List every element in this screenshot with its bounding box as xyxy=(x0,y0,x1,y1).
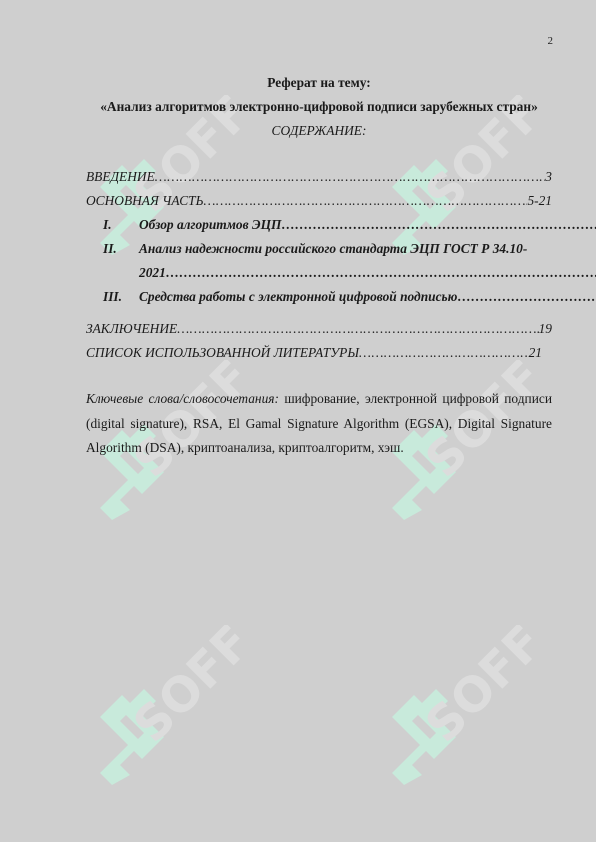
toc-label: ВВЕДЕНИЕ xyxy=(86,165,155,189)
toc-section-2[interactable]: II. Анализ надежности российского станда… xyxy=(86,237,552,285)
toc-page: 21 xyxy=(529,341,542,365)
toc-leader xyxy=(203,189,527,213)
toc-label-continued: 2021 xyxy=(139,261,166,285)
toc-section-number: II. xyxy=(86,237,139,285)
soff-watermark: SOFF xyxy=(70,625,270,825)
toc-item-references[interactable]: СПИСОК ИСПОЛЬЗОВАННОЙ ЛИТЕРАТУРЫ 21 xyxy=(86,341,552,365)
keywords-paragraph: Ключевые слова/словосочетания: шифровани… xyxy=(86,387,552,461)
toc-heading: СОДЕРЖАНИЕ: xyxy=(86,119,552,143)
toc-leader xyxy=(166,261,596,285)
toc-label: ЗАКЛЮЧЕНИЕ xyxy=(86,317,177,341)
toc-leader xyxy=(155,165,546,189)
toc-label: Анализ надежности российского стандарта … xyxy=(139,237,527,261)
toc-section-3[interactable]: III. Средства работы с электронной цифро… xyxy=(86,285,552,309)
toc-leader xyxy=(281,213,596,237)
toc-label: ОСНОВНАЯ ЧАСТЬ xyxy=(86,189,203,213)
document-subtitle: «Анализ алгоритмов электронно-цифровой п… xyxy=(80,95,558,119)
toc-item-intro[interactable]: ВВЕДЕНИЕ 3 xyxy=(86,165,552,189)
toc-section-number: I. xyxy=(86,213,139,237)
table-of-contents: ВВЕДЕНИЕ 3 ОСНОВНАЯ ЧАСТЬ 5-21 I. Обзор … xyxy=(86,165,552,365)
toc-section-1[interactable]: I. Обзор алгоритмов ЭЦП 5 xyxy=(86,213,552,237)
toc-page: 3 xyxy=(545,165,552,189)
document-title: Реферат на тему: xyxy=(86,71,552,95)
svg-text:SOFF: SOFF xyxy=(415,625,554,753)
document-content: Реферат на тему: «Анализ алгоритмов элек… xyxy=(86,71,552,474)
toc-section-number: III. xyxy=(86,285,139,309)
page-number: 2 xyxy=(548,35,554,47)
toc-page: 5-21 xyxy=(527,189,552,213)
toc-item-conclusion[interactable]: ЗАКЛЮЧЕНИЕ 19 xyxy=(86,317,552,341)
toc-label: Средства работы с электронной цифровой п… xyxy=(139,285,457,309)
keywords-label: Ключевые слова/словосочетания: xyxy=(86,391,279,406)
toc-leader xyxy=(457,285,596,309)
soff-watermark: SOFF xyxy=(362,625,562,825)
toc-leader xyxy=(359,341,529,365)
toc-leader xyxy=(177,317,538,341)
toc-page: 19 xyxy=(539,317,552,341)
toc-label: СПИСОК ИСПОЛЬЗОВАННОЙ ЛИТЕРАТУРЫ xyxy=(86,341,359,365)
toc-label: Обзор алгоритмов ЭЦП xyxy=(139,213,281,237)
svg-text:SOFF: SOFF xyxy=(123,625,262,753)
document-page: SOFF SOFF SOFF SOFF SOFF SOFF 2 Реферат … xyxy=(0,0,596,842)
toc-item-main[interactable]: ОСНОВНАЯ ЧАСТЬ 5-21 xyxy=(86,189,552,213)
